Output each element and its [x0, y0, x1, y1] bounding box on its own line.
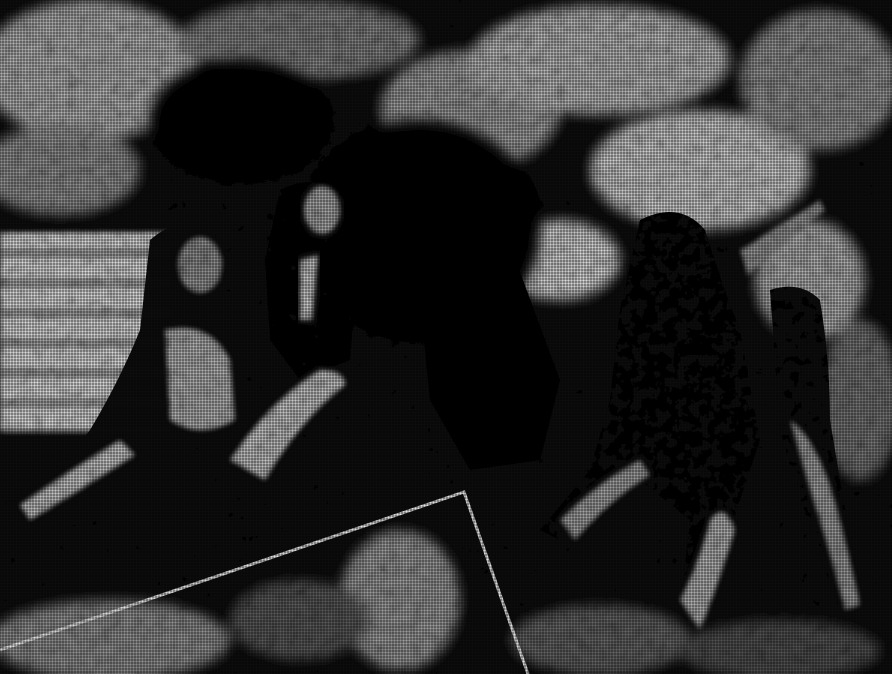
newspaper-photo: [0, 0, 892, 674]
photo-scene: [0, 0, 892, 674]
